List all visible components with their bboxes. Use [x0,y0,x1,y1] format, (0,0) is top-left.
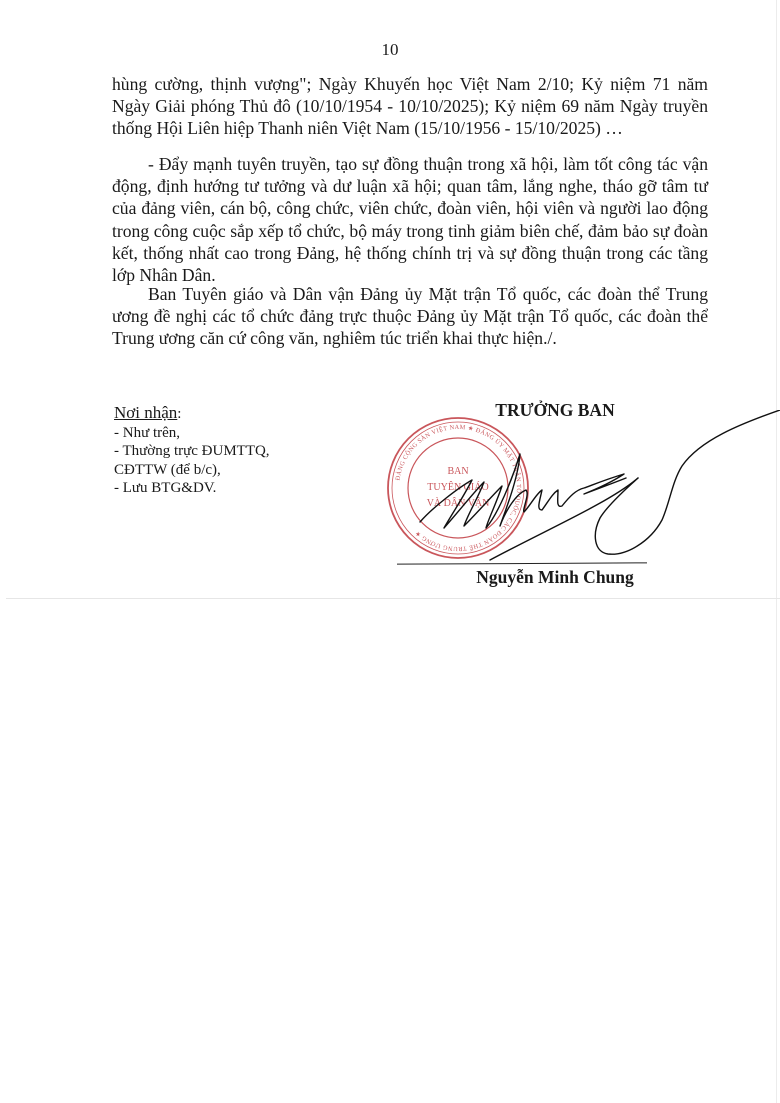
recipient-item: CĐTTW (để b/c), [114,461,270,480]
recipients-title: Nơi nhận [114,403,177,422]
page-number: 10 [0,40,780,60]
paragraph-continuation: hùng cường, thịnh vượng"; Ngày Khuyến họ… [112,73,708,140]
paragraph-text: - Đẩy mạnh tuyên truyền, tạo sự đồng thu… [112,153,708,286]
stamp-and-signature: ĐẢNG CỘNG SẢN VIỆT NAM ★ ĐẢNG ỦY MẶT TRẬ… [380,410,780,570]
recipients-block: Nơi nhận: - Như trên, - Thường trực ĐUMT… [114,402,270,498]
recipients-heading: Nơi nhận: [114,402,270,424]
recipient-item: - Lưu BTG&DV. [114,479,270,498]
paragraph-request: Ban Tuyên giáo và Dân vận Đảng ủy Mặt tr… [112,283,708,350]
recipient-item: - Thường trực ĐUMTTQ, [114,442,270,461]
paragraph-text: hùng cường, thịnh vượng"; Ngày Khuyến họ… [112,73,708,140]
recipient-item: - Như trên, [114,424,270,443]
paragraph-text: Ban Tuyên giáo và Dân vận Đảng ủy Mặt tr… [112,283,708,350]
recipients-title-colon: : [177,406,181,422]
paragraph-propaganda: - Đẩy mạnh tuyên truyền, tạo sự đồng thu… [112,153,708,286]
stamp-center-text: BAN [447,466,468,477]
signer-name: Nguyễn Minh Chung [420,567,690,588]
page-edge-horizontal [6,598,780,599]
